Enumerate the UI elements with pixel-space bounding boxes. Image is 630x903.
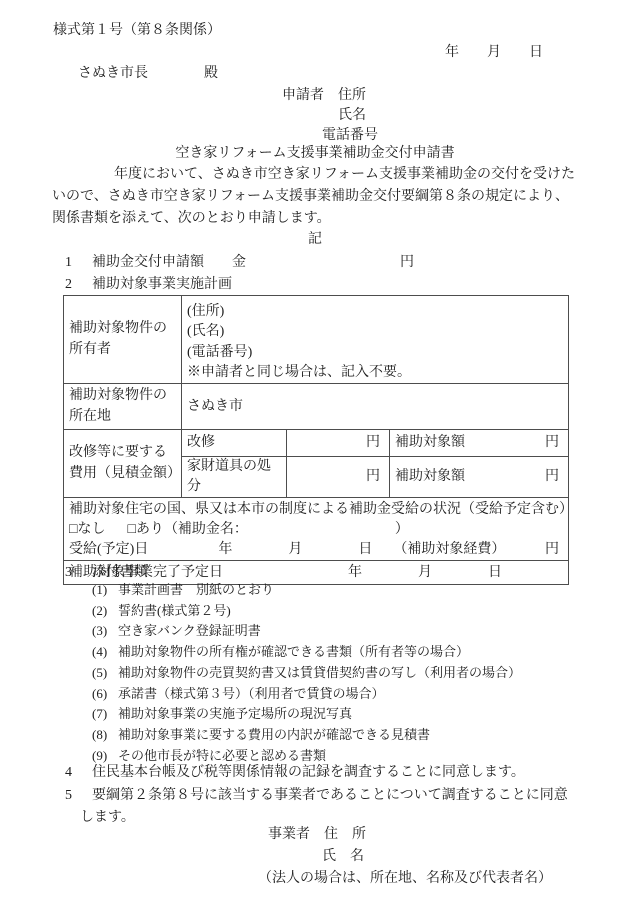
checkbox-yes-label: あり <box>136 522 164 537</box>
item-number: 1 <box>65 252 92 273</box>
implementation-plan-table: 補助対象物件の 所有者 (住所) (氏名) (電話番号) ※申請者と同じ場合は、… <box>63 295 569 585</box>
item-number: 3 <box>65 562 92 583</box>
business-corporation-note: （法人の場合は、所在地、名称及び代表者名） <box>258 869 552 889</box>
item-text: 要綱第２条第８号に該当する事業者であることについて調査することに同意 <box>92 788 568 803</box>
item-consent-contractor-check-continuation: します。 <box>80 807 135 828</box>
attachment-item: (5)補助対象物件の売買契約書又は賃貸借契約書の写し（利用者の場合） <box>92 663 521 684</box>
attachment-text: 補助対象事業の実施予定場所の現況写真 <box>118 706 352 721</box>
attachment-item: (2)誓約書(様式第２号) <box>92 601 521 622</box>
receipt-date-text: 受給(予定)日 年 月 日 （補助対象経費） <box>69 540 505 560</box>
attachment-text: 補助対象物件の所有権が確認できる書類（所有者等の場合） <box>118 644 469 659</box>
item-text: 補助対象事業実施計画 <box>92 277 232 292</box>
attachment-number: (5) <box>92 663 118 684</box>
attachment-number: (6) <box>92 684 118 705</box>
attachment-item: (6)承諾書（様式第３号）（利用者で賃貸の場合） <box>92 684 521 705</box>
attachment-text: 誓約書(様式第２号) <box>118 603 231 618</box>
item-text: 補助金交付申請額 金 円 <box>92 255 414 270</box>
attachments-list: (1)事業計画書 別紙のとおり (2)誓約書(様式第２号) (3)空き家バンク登… <box>92 580 521 766</box>
owner-note: ※申請者と同じ場合は、記入不要。 <box>187 363 563 383</box>
cost-amount-unit: 円 <box>287 430 390 457</box>
target-amount-unit: 円 <box>545 467 559 487</box>
applicant-name-line: 氏名 <box>338 106 366 126</box>
target-amount-cell: 補助対象額 円 <box>390 457 569 498</box>
business-name-line: 氏 名 <box>322 847 364 867</box>
addressee-line: さぬき市長 殿 <box>78 64 218 84</box>
receipt-date-line: 受給(予定)日 年 月 日 （補助対象経費） 円 <box>69 540 563 560</box>
attachment-text: 承諾書（様式第３号）（利用者で賃貸の場合） <box>118 686 385 701</box>
attachment-item: (4)補助対象物件の所有権が確認できる書類（所有者等の場合） <box>92 642 521 663</box>
document-title: 空き家リフォーム支援事業補助金交付申請書 <box>0 144 630 164</box>
other-subsidy-checkbox-line: □なし□あり（補助金名： ） <box>69 520 563 540</box>
item-text: 住民基本台帳及び税等関係情報の記録を調査することに同意します。 <box>92 765 525 780</box>
subsidy-application-form-page: 様式第１号（第８条関係） 年 月 日 さぬき市長 殿 申請者 住所 氏名 電話番… <box>0 0 630 903</box>
owner-details-cell: (住所) (氏名) (電話番号) ※申請者と同じ場合は、記入不要。 <box>182 296 569 384</box>
item-consent-residence-record: 4住民基本台帳及び税等関係情報の記録を調査することに同意します。 <box>65 762 525 783</box>
location-label-line: 補助対象物件の <box>69 386 176 407</box>
body-line: 関係書類を添えて、次のとおり申請します。 <box>52 208 575 230</box>
owner-name-field: (氏名) <box>187 322 563 342</box>
applicant-phone-line: 電話番号 <box>322 126 378 146</box>
receipt-amount-unit: 円 <box>545 540 559 560</box>
owner-label-line: 所有者 <box>69 340 176 361</box>
target-amount-label: 補助対象額 <box>395 467 465 487</box>
attachment-number: (8) <box>92 725 118 746</box>
attachment-text: 補助対象事業に要する費用の内訳が確認できる見積書 <box>118 727 430 742</box>
date-line: 年 月 日 <box>445 43 543 63</box>
checkbox-none-label: なし <box>77 522 105 537</box>
attachment-text: 事業計画書 別紙のとおり <box>118 582 274 597</box>
body-paragraph: 年度において、さぬき市空き家リフォーム支援事業補助金の交付を受けた いので、さぬ… <box>52 164 575 230</box>
body-line: いので、さぬき市空き家リフォーム支援事業補助金交付要綱第８条の規定により、 <box>52 186 575 208</box>
attachment-number: (4) <box>92 642 118 663</box>
owner-label-cell: 補助対象物件の 所有者 <box>64 296 182 384</box>
location-label-cell: 補助対象物件の 所在地 <box>64 384 182 430</box>
attachment-item: (7)補助対象事業の実施予定場所の現況写真 <box>92 704 521 725</box>
cost-item-renovation: 改修 <box>182 430 287 457</box>
item-text: 添付書類 <box>92 565 148 580</box>
item-number: 4 <box>65 762 92 783</box>
item-number: 2 <box>65 274 92 295</box>
location-value-cell: さぬき市 <box>182 384 569 430</box>
target-amount-unit: 円 <box>545 433 559 453</box>
attachment-text: 空き家バンク登録証明書 <box>118 623 261 638</box>
target-amount-cell: 補助対象額 円 <box>390 430 569 457</box>
target-amount-label: 補助対象額 <box>395 433 465 453</box>
attachment-number: (7) <box>92 704 118 725</box>
item-application-amount: 1補助金交付申請額 金 円 <box>65 252 414 273</box>
cost-label-line: 改修等に要する <box>69 443 176 464</box>
attachment-text: 補助対象物件の売買契約書又は賃貸借契約書の写し（利用者の場合） <box>118 665 521 680</box>
business-address-line: 事業者 住 所 <box>268 825 366 845</box>
cost-item-disposal: 家財道具の処分 <box>182 457 287 498</box>
body-line: 年度において、さぬき市空き家リフォーム支援事業補助金の交付を受けた <box>52 164 575 186</box>
cost-label-cell: 改修等に要する 費用（見積金額） <box>64 430 182 498</box>
attachment-number: (1) <box>92 580 118 601</box>
location-label-line: 所在地 <box>69 407 176 428</box>
owner-phone-field: (電話番号) <box>187 343 563 363</box>
attachment-number: (2) <box>92 601 118 622</box>
cost-amount-unit: 円 <box>287 457 390 498</box>
attachment-item: (8)補助対象事業に要する費用の内訳が確認できる見積書 <box>92 725 521 746</box>
cost-label-line: 費用（見積金額） <box>69 464 176 485</box>
item-implementation-plan: 2補助対象事業実施計画 <box>65 274 232 295</box>
item-number: 5 <box>65 785 92 806</box>
item-consent-contractor-check: 5要綱第２条第８号に該当する事業者であることについて調査することに同意 <box>65 785 568 806</box>
other-subsidy-cell: 補助対象住宅の国、県又は本市の制度による補助金受給の状況（受給予定含む） □なし… <box>64 498 569 561</box>
attachment-item: (3)空き家バンク登録証明書 <box>92 621 521 642</box>
attachment-item: (1)事業計画書 別紙のとおり <box>92 580 521 601</box>
attachment-number: (3) <box>92 621 118 642</box>
attachment-text: その他市長が特に必要と認める書類 <box>118 748 326 763</box>
applicant-address-line: 申請者 住所 <box>282 86 366 106</box>
record-mark: 記 <box>0 230 630 250</box>
subsidy-name-field: （補助金名： ） <box>164 522 409 537</box>
owner-label-line: 補助対象物件の <box>69 319 176 340</box>
owner-address-field: (住所) <box>187 302 563 322</box>
form-number: 様式第１号（第８条関係） <box>53 21 221 41</box>
other-subsidy-status-line: 補助対象住宅の国、県又は本市の制度による補助金受給の状況（受給予定含む） <box>69 500 563 520</box>
checkbox-yes-box: □ <box>127 522 135 537</box>
